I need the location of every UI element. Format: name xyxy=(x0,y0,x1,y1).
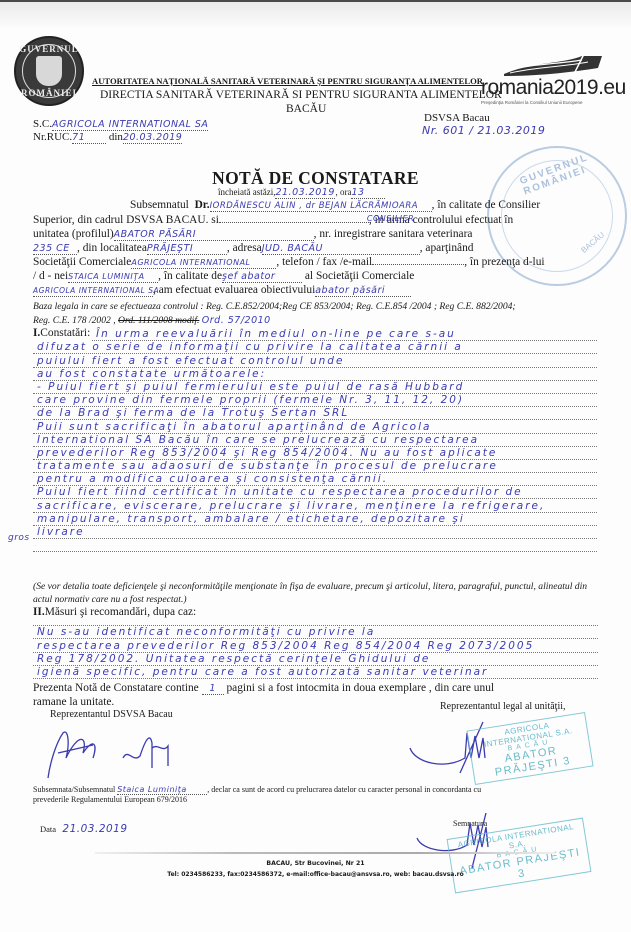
handwritten-line: sacrificare, eviscerare, prelucrare şi l… xyxy=(33,499,597,512)
handwritten-line: Reg 178/2002. Unitatea respectă cerinţel… xyxy=(33,653,598,666)
handwritten-line: - Puiul fiert şi puiul fermierului este … xyxy=(33,381,597,394)
pages-statement: Prezenta Notă de Constatare contine 1 pa… xyxy=(33,682,494,695)
measures-lines: Nu s-au identificat neconformităţi cu pr… xyxy=(48,613,598,679)
handwritten-line: difuzat o serie de informaţii cu privire… xyxy=(33,341,597,354)
presidency-logo-subtext: Preşedinţia României la Consiliul Uniuni… xyxy=(481,100,583,105)
margin-note: gros xyxy=(8,533,30,543)
legal-basis: Baza legala in care se efectueaza contro… xyxy=(33,301,516,312)
handwritten-line: Puiul fiert fiind certificat în unitate … xyxy=(33,486,597,499)
handwritten-line: respectarea prevederilor Reg 853/2004 Re… xyxy=(33,639,598,652)
header-city: BACĂU xyxy=(286,103,326,115)
company-name-handwritten: AGRICOLA INTERNATIONAL SA xyxy=(52,119,208,130)
handwritten-line: tratamente sau adaosuri de substanţe în … xyxy=(33,460,597,473)
handwritten-line: Puii sunt sacrificaţi în abatorul aparţi… xyxy=(33,420,597,433)
inspector-line: Subsemnatul Dr.IORDĂNESCU ALIN , dr BEJA… xyxy=(130,199,540,212)
registry-number: Nr. 601 / 21.03.2019 xyxy=(422,124,545,137)
date-line: Data 21.03.2019 xyxy=(40,823,128,835)
handwritten-line: au fost constatate următoarele: xyxy=(33,368,597,381)
handwritten-line: Nu s-au identificat neconformităţi cu pr… xyxy=(33,626,598,639)
viewer-toolbar-area xyxy=(0,2,631,28)
handwritten-line: pentru a modifica culoarea şi consistenţ… xyxy=(33,473,597,486)
handwritten-line: prevederilor Reg 853/2004 şi Reg 854/200… xyxy=(33,447,597,460)
handwritten-line: puiului fiert a fost efectuat controlul … xyxy=(33,354,597,367)
registry-label: DSVSA Bacau xyxy=(424,112,490,124)
handwritten-line xyxy=(33,613,598,626)
directorate-name: DIRECTIA SANITARĂ VETERINARĂ SI PENTRU S… xyxy=(100,89,502,101)
handwritten-line xyxy=(33,539,597,552)
findings-footnote: (Se vor detalia toate deficienţele şi ne… xyxy=(33,580,598,606)
footer-address: BACAU, Str Bucovinei, Nr 21 xyxy=(0,860,631,867)
coat-of-arms-icon xyxy=(36,56,62,86)
ruc-line: Nr.RUC.71 din20.03.2019 xyxy=(33,131,182,144)
document-title: NOTĂ DE CONSTATARE xyxy=(0,168,631,189)
inspector-name: IORDĂNESCU ALIN , dr BEJAN LĂCRĂMIOARA xyxy=(210,201,418,211)
seal-top-text: GUVERNUL xyxy=(16,44,82,54)
handwritten-line: livrare xyxy=(33,526,597,539)
findings-label: I.Constatări: xyxy=(33,327,90,339)
consent-line: Subsemnata/Subsemnatul Staica Luminiţa, … xyxy=(33,785,481,795)
handwritten-line: În urma reevaluării în mediul on-line pe… xyxy=(92,328,597,341)
presidency-logo-text: romania2019.eu xyxy=(481,76,626,100)
handwritten-line: igienă specific, pentru care a fost auto… xyxy=(33,666,598,679)
document-page: GUVERNUL ROMÂNIEI AUTORITATEA NAŢIONALĂ … xyxy=(0,28,631,932)
authority-name: AUTORITATEA NAŢIONALĂ SANITARĂ VETERINAR… xyxy=(92,76,483,86)
handwritten-line: manipulare, transport, ambalare / etiche… xyxy=(33,513,597,526)
company-line: S.C.AGRICOLA INTERNATIONAL SA xyxy=(33,118,208,131)
concluded-line: încheiată astăzi,21.03.2019, ora13 xyxy=(218,187,385,199)
dsvsa-rep-label: Reprezentantul DSVSA Bacau xyxy=(50,709,173,720)
handwritten-line: care provine din fermele proprii (fermel… xyxy=(33,394,597,407)
findings-lines: În urma reevaluării în mediul on-line pe… xyxy=(92,328,597,552)
government-seal-icon: GUVERNUL ROMÂNIEI xyxy=(14,36,84,106)
footer-contact: Tel: 0234586233, fax:0234586372, e-mail:… xyxy=(0,871,631,878)
handwritten-line: International SA Bacău în care se preluc… xyxy=(33,434,597,447)
unit-rep-label: Reprezentantul legal al unităţii, xyxy=(440,701,566,712)
handwritten-line: de la Brad şi ferma de la Trotuş Sertan … xyxy=(33,407,597,420)
footer-rule xyxy=(95,852,555,854)
inspector-signature-1 xyxy=(38,723,108,783)
seal-bottom-text: ROMÂNIEI xyxy=(16,88,82,98)
inspector-signature-2 xyxy=(118,728,178,773)
